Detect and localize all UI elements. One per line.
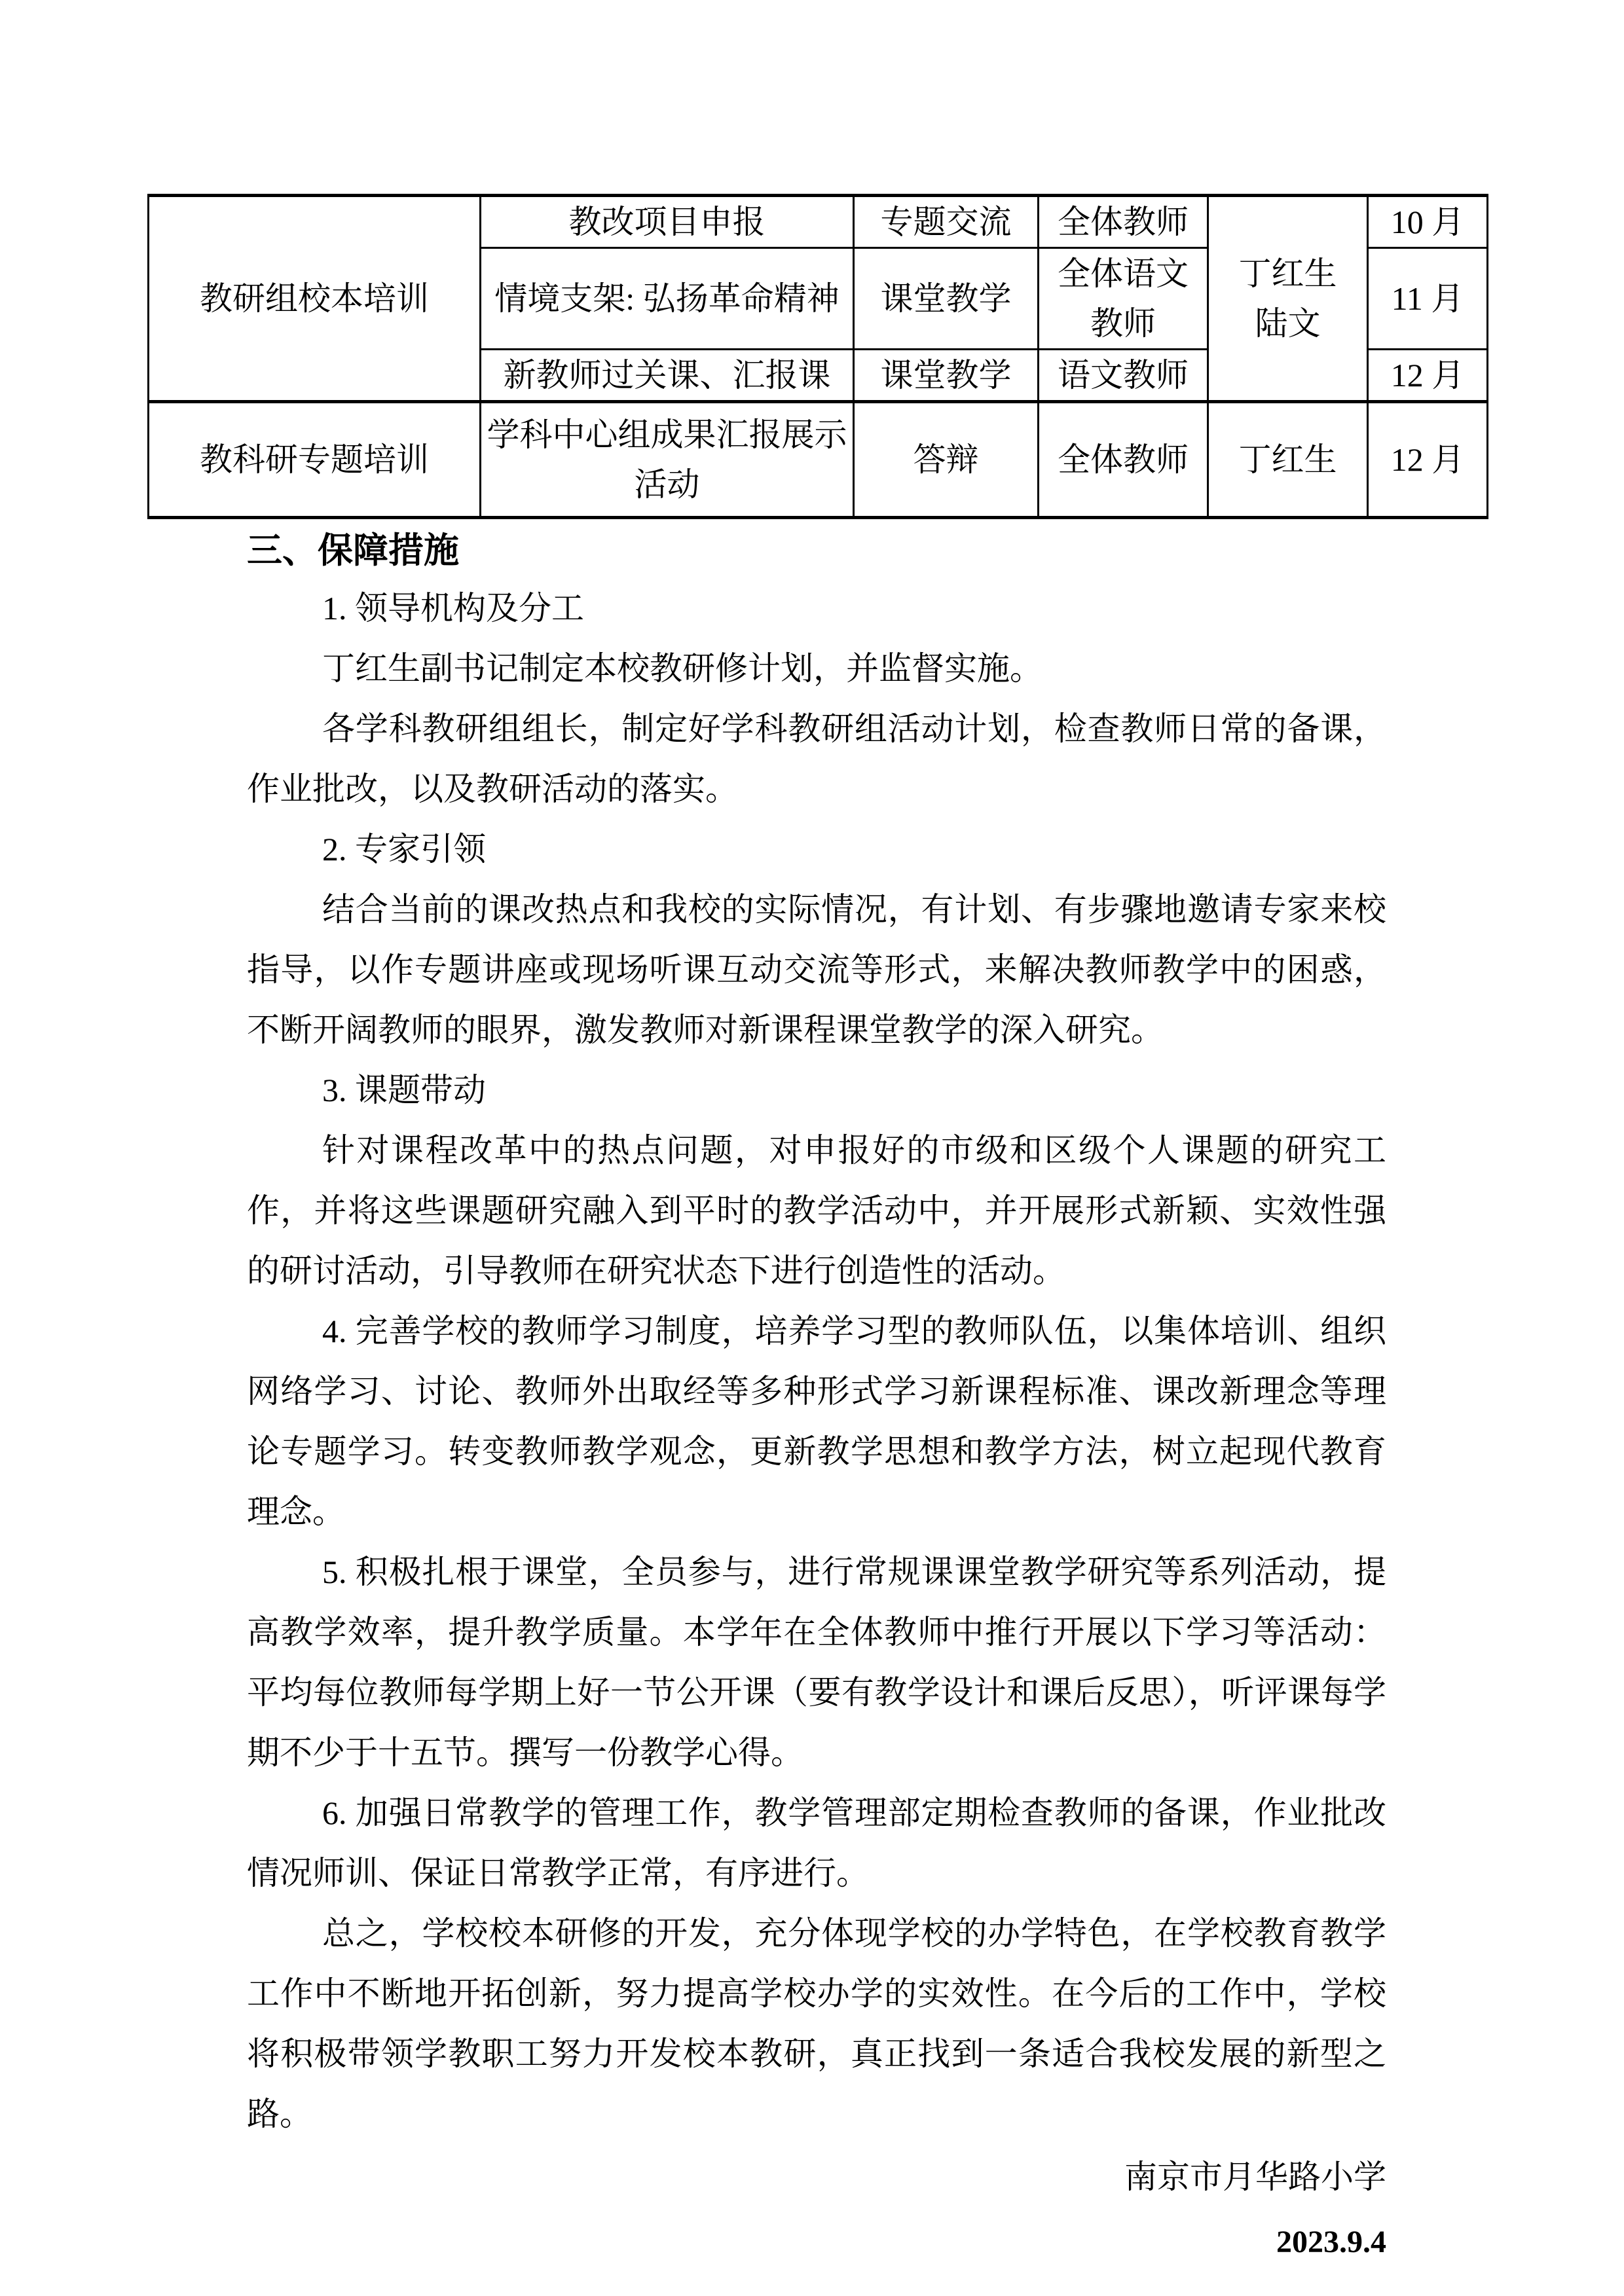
paragraph: 结合当前的课改热点和我校的实际情况，有计划、有步骤地邀请专家来校指导，以作专题讲… (247, 879, 1386, 1060)
cell-category: 教研组校本培训 (149, 196, 481, 402)
section-heading: 三、保障措施 (247, 523, 1386, 578)
paragraph: 2. 专家引领 (247, 819, 1386, 879)
cell-form: 答辩 (854, 402, 1039, 518)
signature-date: 2023.9.4 (247, 2210, 1386, 2275)
cell-form: 课堂教学 (854, 350, 1039, 402)
cell-participants: 全体教师 (1039, 196, 1208, 248)
cell-month: 12 月 (1368, 350, 1488, 402)
cell-participants: 全体教师 (1039, 402, 1208, 518)
cell-form: 课堂教学 (854, 248, 1039, 350)
cell-leader: 丁红生 陆文 (1208, 196, 1368, 402)
paragraph: 4. 完善学校的教师学习制度，培养学习型的教师队伍，以集体培训、组织网络学习、讨… (247, 1301, 1386, 1542)
cell-activity: 学科中心组成果汇报展示活动 (481, 402, 854, 518)
paragraph: 针对课程改革中的热点问题，对申报好的市级和区级个人课题的研究工作，并将这些课题研… (247, 1120, 1386, 1301)
cell-activity: 新教师过关课、汇报课 (481, 350, 854, 402)
paragraph: 各学科教研组组长，制定好学科教研组活动计划，检查教师日常的备课，作业批改，以及教… (247, 699, 1386, 819)
signature-block: 南京市月华路小学 2023.9.4 (247, 2144, 1386, 2275)
paragraph: 6. 加强日常教学的管理工作，教学管理部定期检查教师的备课，作业批改情况师训、保… (247, 1783, 1386, 1903)
cell-activity: 教改项目申报 (481, 196, 854, 248)
table-row: 教研组校本培训 教改项目申报 专题交流 全体教师 丁红生 陆文 10 月 (149, 196, 1488, 248)
document-page: 教研组校本培训 教改项目申报 专题交流 全体教师 丁红生 陆文 10 月 情境支… (0, 0, 1624, 2296)
paragraph: 丁红生副书记制定本校教研修计划，并监督实施。 (247, 638, 1386, 699)
cell-category: 教科研专题培训 (149, 402, 481, 518)
signature-school: 南京市月华路小学 (247, 2144, 1386, 2210)
cell-activity: 情境支架: 弘扬革命精神 (481, 248, 854, 350)
document-body: 三、保障措施 1. 领导机构及分工 丁红生副书记制定本校教研修计划，并监督实施。… (247, 523, 1386, 2275)
cell-participants: 全体语文教师 (1039, 248, 1208, 350)
paragraph: 1. 领导机构及分工 (247, 578, 1386, 638)
paragraph: 3. 课题带动 (247, 1060, 1386, 1120)
table-row: 教科研专题培训 学科中心组成果汇报展示活动 答辩 全体教师 丁红生 12 月 (149, 402, 1488, 518)
cell-month: 11 月 (1368, 248, 1488, 350)
cell-leader: 丁红生 (1208, 402, 1368, 518)
cell-participants: 语文教师 (1039, 350, 1208, 402)
paragraph: 5. 积极扎根于课堂，全员参与，进行常规课课堂教学研究等系列活动，提高教学效率，… (247, 1542, 1386, 1783)
cell-form: 专题交流 (854, 196, 1039, 248)
training-schedule-table: 教研组校本培训 教改项目申报 专题交流 全体教师 丁红生 陆文 10 月 情境支… (147, 194, 1488, 519)
cell-month: 12 月 (1368, 402, 1488, 518)
cell-month: 10 月 (1368, 196, 1488, 248)
paragraph: 总之，学校校本研修的开发，充分体现学校的办学特色，在学校教育教学工作中不断地开拓… (247, 1903, 1386, 2144)
